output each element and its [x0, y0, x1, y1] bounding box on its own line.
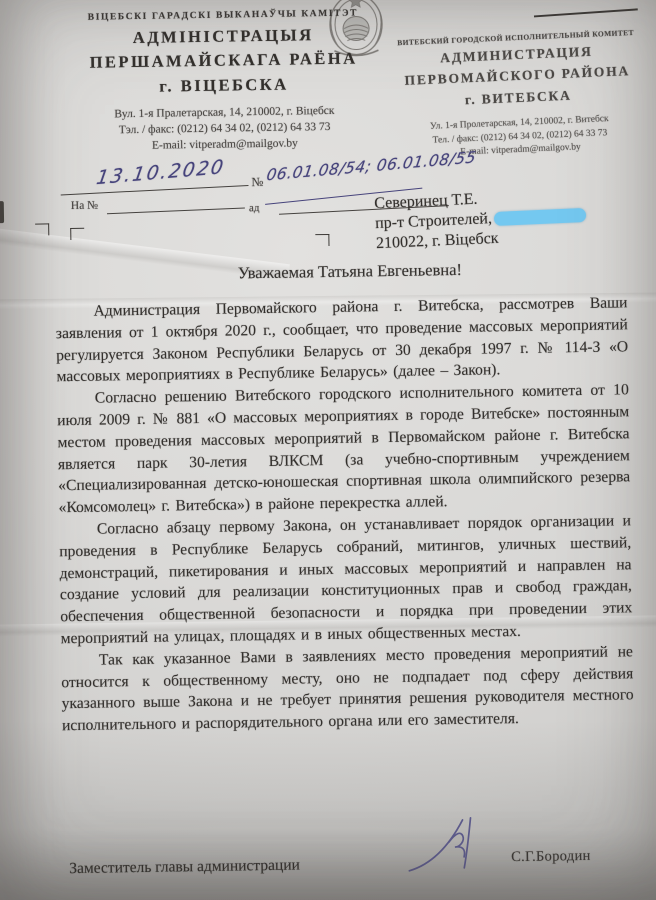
- date-handwritten: 13.10.2020: [95, 156, 227, 189]
- org-name-by-1: АДМІНІСТРАЦЫЯ: [60, 23, 386, 50]
- on-number-rule: [107, 207, 245, 214]
- corner-mark-icon: [70, 228, 84, 240]
- body-paragraph: Согласно решению Витебского городского и…: [57, 379, 631, 519]
- letter-content: ВІЦЕБСКІ ГАРАДСКІ ВЫКАНАЎЧЫ КАМІТЭТ АДМІ…: [0, 0, 656, 900]
- org-name-by-3: г. ВІЦЕБСКА: [61, 72, 387, 99]
- org-name-by-2: ПЕРШАМАЙСКАГА РАЁНА: [60, 47, 386, 74]
- corner-mark-icon: [315, 234, 329, 246]
- signer-title: Заместитель главы администрации: [69, 857, 300, 879]
- redaction-highlight: [494, 208, 587, 226]
- top-right-rule: [534, 8, 638, 17]
- letter-body: Администрация Первомайского района г. Ви…: [55, 292, 634, 737]
- letterhead-right: ВИТЕБСКИЙ ГОРОДСКОЙ ИСПОЛНИТЕЛЬНЫЙ КОМИТ…: [389, 27, 648, 162]
- signature-stroke-icon: [404, 807, 497, 880]
- date-rule: [61, 185, 249, 196]
- from-label: ад: [249, 202, 260, 214]
- body-paragraph: Так как указанное Вами в заявлениях мест…: [61, 641, 634, 737]
- letterhead-left: ВІЦЕБСКІ ГАРАДСКІ ВЫКАНАЎЧЫ КАМІТЭТ АДМІ…: [60, 7, 388, 155]
- salutation: Уважаемая Татьяна Евгеньевна!: [55, 257, 645, 286]
- number-sign: №: [251, 175, 263, 190]
- committee-name-by: ВІЦЕБСКІ ГАРАДСКІ ВЫКАНАЎЧЫ КАМІТЭТ: [60, 7, 386, 25]
- photo-edge-mark: [0, 201, 4, 223]
- on-number-label: На №: [71, 200, 98, 212]
- body-paragraph: Согласно абзацу первому Закона, он устан…: [59, 510, 633, 650]
- signature-block: Заместитель главы администрации С.Г.Боро…: [69, 848, 614, 857]
- letter-photo: ВІЦЕБСКІ ГАРАДСКІ ВЫКАНАЎЧЫ КАМІТЭТ АДМІ…: [0, 0, 656, 900]
- body-paragraph: Администрация Первомайского района г. Ви…: [55, 292, 628, 388]
- recipient-block: Северинец Т.Е. пр-т Строителей, 210022, …: [374, 185, 587, 254]
- corner-mark-icon: [35, 223, 49, 235]
- signer-name: С.Г.Бородин: [511, 848, 591, 866]
- doc-number-handwritten: 06.01.08/54; 06.01.08/55: [265, 148, 477, 184]
